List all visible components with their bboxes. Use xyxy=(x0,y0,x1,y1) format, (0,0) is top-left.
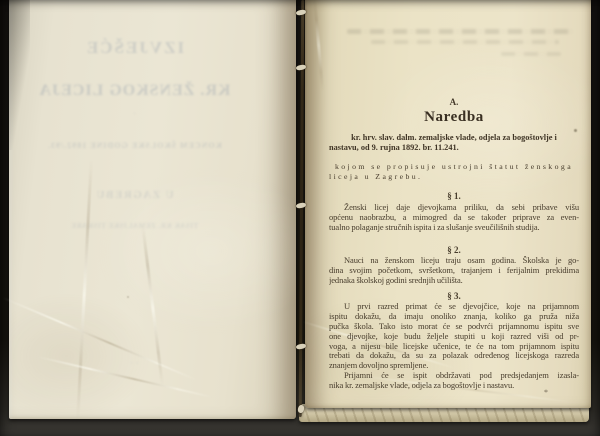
text-line: Prijamni će se ispit obdržavati pod pred… xyxy=(329,371,579,381)
text-line: nastavu, od 9. rujna 1892. br. 11.241. xyxy=(329,143,579,153)
stitch-thread xyxy=(296,64,307,71)
show-through-title-line: IZVJEŠĆE xyxy=(0,38,278,58)
text-line: pučka škola. Tako isto morat će se podvr… xyxy=(329,322,579,332)
open-book-scan: IZVJEŠĆE KR. ŽENSKOG LICEJA · KONCEM ŠKO… xyxy=(0,0,600,436)
stitch-thread xyxy=(296,202,307,209)
text-line: U prvi razred primat će se djevojčice, k… xyxy=(329,302,579,312)
section-2-heading: § 2. xyxy=(329,245,579,255)
text-line: dina svojim početkom, svršetkom, trajanj… xyxy=(329,266,579,276)
show-through-smudge xyxy=(501,52,561,56)
stitch-thread xyxy=(296,343,307,350)
section-letter: A. xyxy=(329,97,579,107)
ink-speck xyxy=(127,296,129,298)
text-line: ispitu dokažu, da imaju onoliko znanja, … xyxy=(329,312,579,322)
footnote-asterisk: * xyxy=(544,388,548,397)
text-line: Ženski licej daje djevojkama priliku, da… xyxy=(329,203,579,213)
decree-purpose: kojom se propisuje ustrojni štatut žensk… xyxy=(329,161,579,181)
text-line: liceja u Zagrebu. xyxy=(329,171,579,181)
text-line: jednaka školskoj godini srednjih učilišt… xyxy=(329,276,579,286)
show-through-title-line: KR. ŽENSKOG LICEJA xyxy=(0,82,278,100)
text-line: one djevojke, koje budu željele stupiti … xyxy=(329,332,579,342)
gutter-fold-line xyxy=(299,0,305,417)
section-2-paragraph: Nauci na ženskom liceju traju osam godin… xyxy=(329,256,579,286)
show-through-ornament: · xyxy=(0,110,278,118)
ink-speck xyxy=(574,129,577,132)
text-line: znanjem dovoljno spremljene. xyxy=(329,361,579,371)
stitch-thread xyxy=(296,9,307,16)
show-through-title-line: KONCEM ŠKOLSKE GODINE 1892./93. xyxy=(0,141,278,150)
text-line: voga, a nijesu bile licejske učenice, te… xyxy=(329,342,579,352)
show-through-smudge xyxy=(347,29,573,34)
text-line: kr. hrv. slav. dalm. zemaljske vlade, od… xyxy=(329,133,579,143)
stitch-thread xyxy=(297,404,305,413)
text-line: trebati da dokažu, da su za polazak odre… xyxy=(329,351,579,361)
paper-crease xyxy=(313,0,324,91)
section-1-heading: § 1. xyxy=(329,191,579,201)
decree-title: Naredba xyxy=(329,109,579,126)
right-page: A. Naredba kr. hrv. slav. dalm. zemaljsk… xyxy=(305,0,591,408)
section-3-paragraph-1: U prvi razred primat će se djevojčice, k… xyxy=(329,302,579,371)
show-through-mark: · · xyxy=(0,358,278,368)
text-line: Nauci na ženskom liceju traju osam godin… xyxy=(329,256,579,266)
section-3-paragraph-2: Prijamni će se ispit obdržavati pod pred… xyxy=(329,371,579,391)
left-page: IZVJEŠĆE KR. ŽENSKOG LICEJA · KONCEM ŠKO… xyxy=(9,0,296,419)
section-1-paragraph: Ženski licej daje djevojkama priliku, da… xyxy=(329,203,579,233)
text-line: tualno polaganje stručnih ispita i za sl… xyxy=(329,223,579,233)
text-line: općenu naobrazbu, a mimogred da se takođ… xyxy=(329,213,579,223)
book-gutter xyxy=(293,0,309,421)
text-line: nika kr. zemaljske vlade, odjela za bogo… xyxy=(329,381,579,391)
show-through-title-line: TISAK KR. ZEMALJSKE TISKARE xyxy=(0,222,278,230)
paper-crease xyxy=(3,297,197,381)
section-3-heading: § 3. xyxy=(329,291,579,301)
show-through-smudge xyxy=(371,40,559,44)
text-line: kojom se propisuje ustrojni štatut žensk… xyxy=(329,161,579,171)
decree-issuer: kr. hrv. slav. dalm. zemaljske vlade, od… xyxy=(329,133,579,153)
show-through-title-line: U ZAGREBU xyxy=(0,189,278,201)
